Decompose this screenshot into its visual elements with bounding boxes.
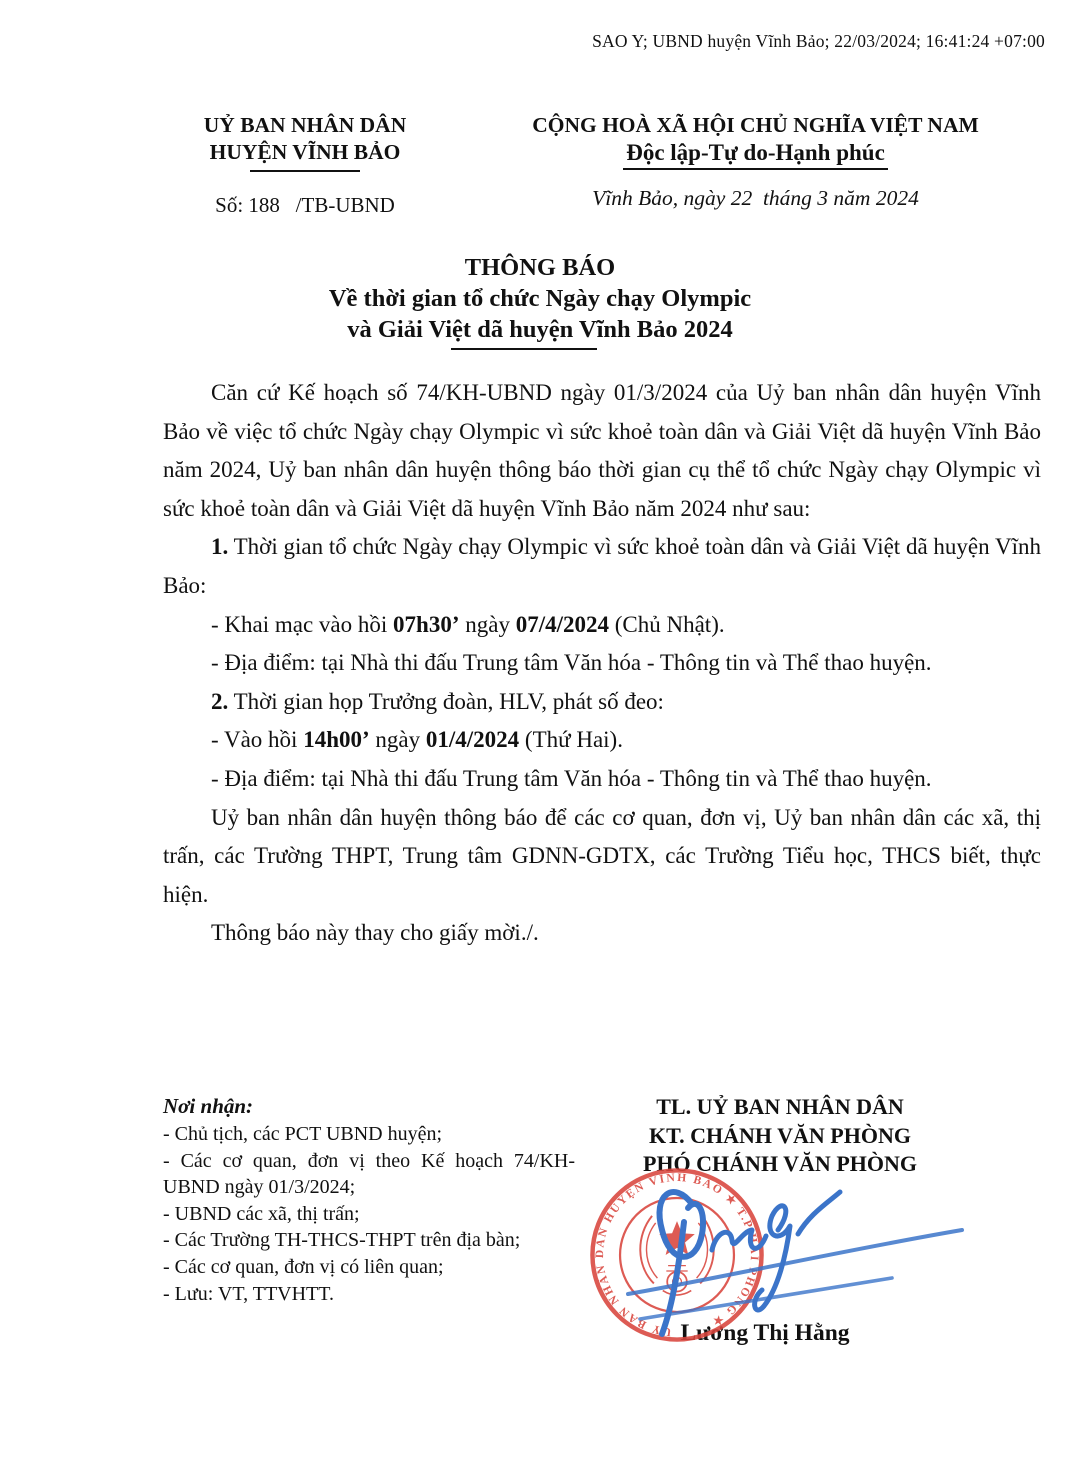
recipients-block: Nơi nhận: - Chủ tịch, các PCT UBND huyện… <box>163 1093 575 1307</box>
emphasis-text: 1. <box>211 534 228 559</box>
signature-authority-line2: KT. CHÁNH VĂN PHÒNG <box>560 1122 1000 1151</box>
org-name-line1: UỶ BAN NHÂN DÂN <box>140 112 470 139</box>
recipient-line: - Chủ tịch, các PCT UBND huyện; <box>163 1121 575 1148</box>
body-paragraph: 1. Thời gian tổ chức Ngày chạy Olympic v… <box>163 528 1041 605</box>
body-paragraph: Thông báo này thay cho giấy mời./. <box>163 914 1041 953</box>
text-run: - Vào hồi <box>211 727 303 752</box>
issuing-org-block: UỶ BAN NHÂN DÂN HUYỆN VĨNH BẢO Số: 188 /… <box>140 112 470 218</box>
recipients-heading: Nơi nhận: <box>163 1093 575 1119</box>
text-run: Căn cứ Kế hoạch số 74/KH-UBND ngày 01/3/… <box>163 380 1041 521</box>
national-name-line: CỘNG HOÀ XÃ HỘI CHỦ NGHĨA VIỆT NAM <box>468 112 1043 138</box>
body-paragraph: - Vào hồi 14h00’ ngày 01/4/2024 (Thứ Hai… <box>163 721 1041 760</box>
text-run: (Chủ Nhật). <box>609 612 725 637</box>
text-run: (Thứ Hai). <box>519 727 623 752</box>
text-run: ngày <box>370 727 426 752</box>
org-underline <box>250 170 360 172</box>
body-paragraph: - Khai mạc vào hồi 07h30’ ngày 07/4/2024… <box>163 606 1041 645</box>
recipients-list: - Chủ tịch, các PCT UBND huyện;- Các cơ … <box>163 1121 575 1307</box>
recipient-line: - Các Trường TH-THCS-THPT trên địa bàn; <box>163 1227 575 1254</box>
text-run: Thông báo này thay cho giấy mời./. <box>211 920 539 945</box>
recipient-line: - Lưu: VT, TTVHTT. <box>163 1281 575 1308</box>
emphasis-text: 01/4/2024 <box>426 727 519 752</box>
national-header-block: CỘNG HOÀ XÃ HỘI CHỦ NGHĨA VIỆT NAM Độc l… <box>468 112 1043 211</box>
handwritten-signature <box>600 1178 980 1350</box>
body-paragraph: - Địa điểm: tại Nhà thi đấu Trung tâm Vă… <box>163 760 1041 799</box>
text-run: Thời gian tổ chức Ngày chạy Olympic vì s… <box>163 534 1041 598</box>
title-line3: và Giải Việt dã huyện Vĩnh Bảo 2024 <box>0 314 1080 345</box>
text-run: Thời gian họp Trưởng đoàn, HLV, phát số … <box>228 689 664 714</box>
text-run: Uỷ ban nhân dân huyện thông báo để các c… <box>163 805 1041 907</box>
emphasis-text: 07/4/2024 <box>516 612 609 637</box>
text-run: ngày <box>459 612 515 637</box>
body-paragraph: 2. Thời gian họp Trưởng đoàn, HLV, phát … <box>163 683 1041 722</box>
emphasis-text: 14h00’ <box>303 727 369 752</box>
body-paragraph: - Địa điểm: tại Nhà thi đấu Trung tâm Vă… <box>163 644 1041 683</box>
body-paragraph: Uỷ ban nhân dân huyện thông báo để các c… <box>163 799 1041 915</box>
document-title: THÔNG BÁO Về thời gian tổ chức Ngày chạy… <box>0 252 1080 350</box>
body-paragraph: Căn cứ Kế hoạch số 74/KH-UBND ngày 01/3/… <box>163 374 1041 528</box>
emphasis-text: 07h30’ <box>393 612 459 637</box>
text-run: - Địa điểm: tại Nhà thi đấu Trung tâm Vă… <box>211 650 932 675</box>
recipient-line: - UBND các xã, thị trấn; <box>163 1201 575 1228</box>
recipient-line: - Các cơ quan, đơn vị theo Kế hoạch 74/K… <box>163 1148 575 1201</box>
recipient-line: - Các cơ quan, đơn vị có liên quan; <box>163 1254 575 1281</box>
certification-line: SAO Y; UBND huyện Vĩnh Bảo; 22/03/2024; … <box>592 31 1045 52</box>
place-date-line: Vĩnh Bảo, ngày 22 tháng 3 năm 2024 <box>468 186 1043 211</box>
title-line2: Về thời gian tổ chức Ngày chạy Olympic <box>0 283 1080 314</box>
signature-authority-line1: TL. UỶ BAN NHÂN DÂN <box>560 1093 1000 1122</box>
body-text: Căn cứ Kế hoạch số 74/KH-UBND ngày 01/3/… <box>163 374 1041 953</box>
emphasis-text: 2. <box>211 689 228 714</box>
document-page: SAO Y; UBND huyện Vĩnh Bảo; 22/03/2024; … <box>0 0 1080 1484</box>
document-number: Số: 188 /TB-UBND <box>140 193 470 218</box>
national-motto-line: Độc lập-Tự do-Hạnh phúc <box>623 138 888 170</box>
title-line1: THÔNG BÁO <box>0 252 1080 283</box>
text-run: - Địa điểm: tại Nhà thi đấu Trung tâm Vă… <box>211 766 932 791</box>
title-underline <box>451 348 597 350</box>
org-name-line2: HUYỆN VĨNH BẢO <box>140 139 470 166</box>
text-run: - Khai mạc vào hồi <box>211 612 393 637</box>
